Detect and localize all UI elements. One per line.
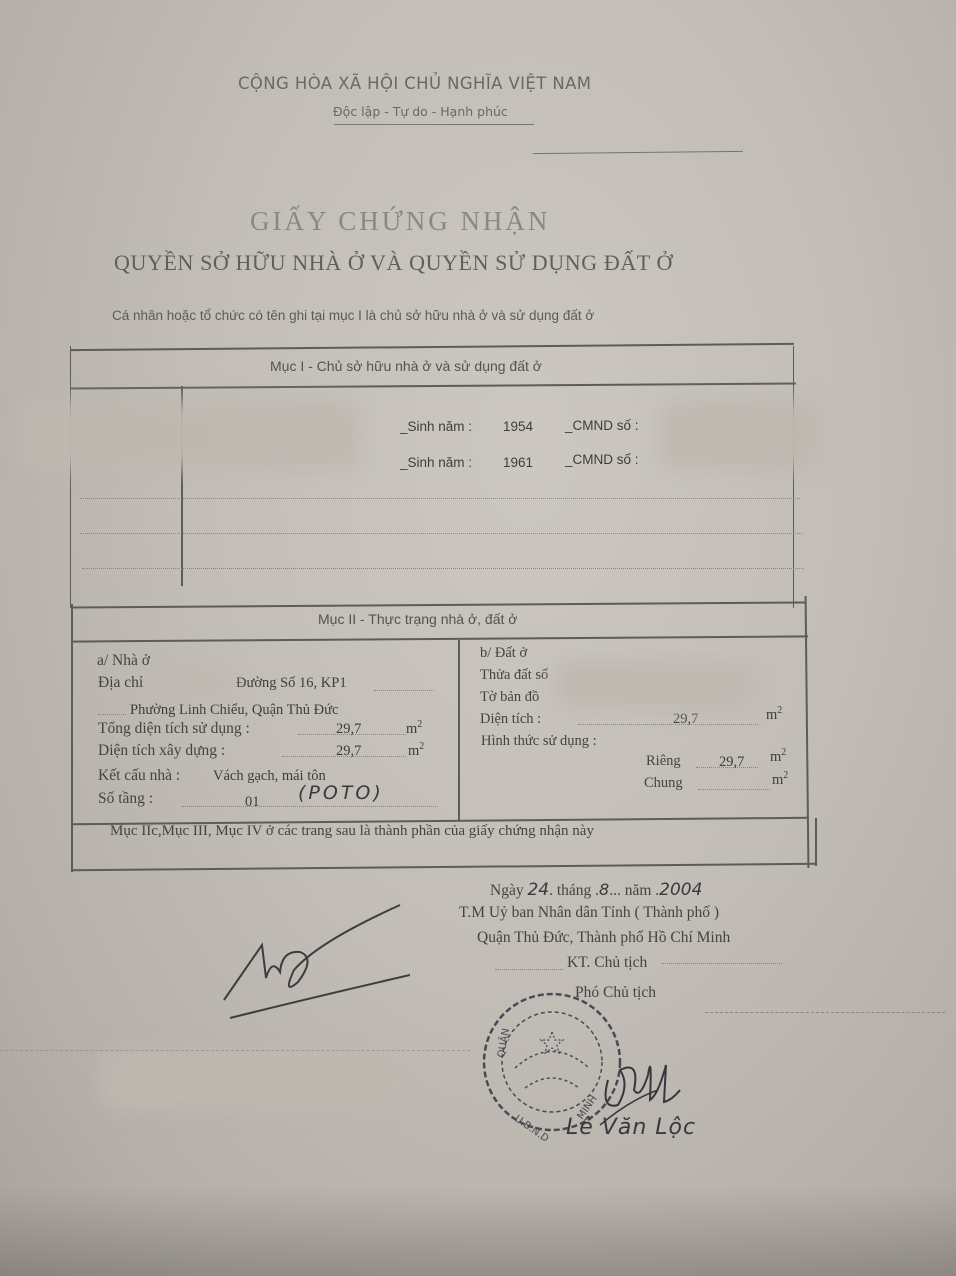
signature-dots-right <box>662 963 782 964</box>
land-parcel-label: Thửa đất số <box>480 667 548 684</box>
right-dash-line <box>705 1012 945 1013</box>
certificate-intro-note: Cá nhân hoặc tổ chức có tên ghi tại mục … <box>112 308 594 323</box>
land-shared-unit: m2 <box>772 770 788 789</box>
house-address-label: Địa chỉ <box>98 674 143 692</box>
issuing-org-line2: Quận Thủ Đức, Thành phố Hồ Chí Minh <box>477 929 730 947</box>
section1-blank-line-3 <box>82 568 804 569</box>
section1-blank-line-1 <box>80 498 800 499</box>
issue-date: Ngày 24. tháng .8... năm .2004 <box>490 880 702 900</box>
signature-dots-left <box>495 969 563 970</box>
owner1-id-label: _CMND số : <box>565 418 639 433</box>
issue-day: 24 <box>527 880 549 900</box>
land-area-unit: m2 <box>766 705 782 724</box>
redacted-house-number <box>172 670 232 694</box>
handwritten-initials-icon <box>220 900 410 1020</box>
national-motto: Độc lập - Tự do - Hạnh phúc <box>333 104 508 119</box>
house-address-dots1 <box>374 690 434 691</box>
redacted-owner-names <box>20 400 360 470</box>
house-built-area-label: Diện tích xây dựng : <box>98 742 225 760</box>
land-private-label: Riêng <box>646 753 681 770</box>
land-area-dots <box>578 724 758 725</box>
section1-heading: Mục I - Chủ sở hữu nhà ở và sử dụng đất … <box>270 358 542 374</box>
section2-heading: Mục II - Thực trạng nhà ở, đất ở <box>318 611 517 627</box>
certificate-subtitle: QUYỀN SỞ HỮU NHÀ Ở VÀ QUYỀN SỬ DỤNG ĐẤT … <box>114 250 673 276</box>
bottom-shadow <box>0 1186 956 1276</box>
house-handwritten-note: (POTO) <box>298 782 384 804</box>
owner2-birth-label: _Sinh năm : <box>400 455 472 470</box>
land-private-area: 29,7 <box>719 754 744 771</box>
redacted-bottom-left <box>100 1050 400 1110</box>
redacted-id-numbers <box>660 400 820 470</box>
issue-year: 2004 <box>659 880 702 900</box>
house-floors-dots <box>182 806 438 807</box>
issue-month: 8 <box>599 880 609 899</box>
section1-blank-line-2 <box>80 533 802 534</box>
signer-role1: KT. Chủ tịch <box>567 954 647 972</box>
owner1-birth-year: 1954 <box>503 419 533 434</box>
land-usage-label: Hình thức sử dụng : <box>481 733 597 750</box>
house-floors-label: Số tầng : <box>98 790 153 808</box>
section2-left-border <box>71 604 73 872</box>
land-label: b/ Đất ở <box>480 645 527 662</box>
footer-note: Mục IIc,Mục III, Mục IV ở các trang sau … <box>110 823 594 840</box>
land-shared-dots <box>698 789 770 790</box>
house-total-area-unit: m2 <box>406 719 422 738</box>
owner1-birth-label: _Sinh năm : <box>400 419 472 434</box>
owner2-birth-year: 1961 <box>503 455 533 470</box>
house-floors: 01 <box>245 794 260 811</box>
owner2-id-label: _CMND số : <box>565 452 639 467</box>
land-area-label: Diện tích : <box>480 711 541 728</box>
certificate-title: GIẤY CHỨNG NHẬN <box>250 206 550 237</box>
land-map-sheet-label: Tờ bản đồ <box>480 689 539 706</box>
national-header: CỘNG HÒA XÃ HỘI CHỦ NGHĨA VIỆT NAM <box>238 74 591 93</box>
motto-underline <box>334 124 534 125</box>
house-address-line1: Đường Số 16, KP1 <box>236 675 347 692</box>
redacted-parcel-map <box>555 660 755 710</box>
land-area: 29,7 <box>673 711 698 728</box>
footer-note-right-border <box>815 818 817 866</box>
house-address-line2: Phường Linh Chiểu, Quận Thủ Đức <box>130 702 338 719</box>
section2-column-divider <box>458 640 460 820</box>
signer-name: Lê Văn Lộc <box>566 1115 696 1140</box>
land-shared-label: Chung <box>644 775 683 792</box>
house-address-dots2a <box>98 714 126 715</box>
house-total-area-label: Tổng diện tích sử dụng : <box>98 720 250 738</box>
land-private-unit: m2 <box>770 747 786 766</box>
bottom-dash-line <box>0 1050 470 1051</box>
svg-text:QUẬN: QUẬN <box>494 1027 512 1058</box>
issuing-org-line1: T.M Uỷ ban Nhân dân Tỉnh ( Thành phố ) <box>459 904 719 922</box>
house-structure-label: Kết cấu nhà : <box>98 767 180 785</box>
house-total-area: 29,7 <box>336 721 361 738</box>
house-built-area-unit: m2 <box>408 741 424 760</box>
house-built-area: 29,7 <box>336 743 361 760</box>
house-label: a/ Nhà ở <box>97 652 150 670</box>
